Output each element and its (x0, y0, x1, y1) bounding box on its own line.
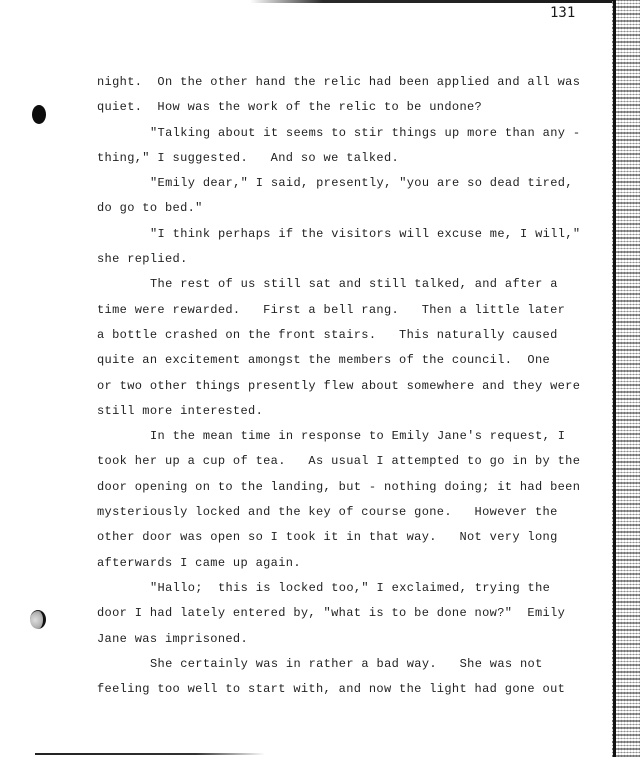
text-line: In the mean time in response to Emily Ja… (97, 424, 597, 449)
text-line: or two other things presently flew about… (97, 374, 597, 399)
text-line: quite an excitement amongst the members … (97, 348, 597, 373)
text-line: she replied. (97, 247, 597, 272)
right-border-line (613, 0, 616, 757)
text-line: thing," I suggested. And so we talked. (97, 146, 597, 171)
text-line: "Emily dear," I said, presently, "you ar… (97, 171, 597, 196)
text-line: other door was open so I took it in that… (97, 525, 597, 550)
text-line: time were rewarded. First a bell rang. T… (97, 298, 597, 323)
text-line: "Hallo; this is locked too," I exclaimed… (97, 576, 597, 601)
punch-hole-icon (32, 105, 46, 124)
text-line: The rest of us still sat and still talke… (97, 272, 597, 297)
document-page: 131 night. On the other hand the relic h… (0, 0, 640, 757)
text-line: night. On the other hand the relic had b… (97, 70, 597, 95)
text-line: She certainly was in rather a bad way. S… (97, 652, 597, 677)
text-line: a bottle crashed on the front stairs. Th… (97, 323, 597, 348)
text-line: door opening on to the landing, but - no… (97, 475, 597, 500)
page-number: 131 (550, 5, 575, 21)
text-line: took her up a cup of tea. As usual I att… (97, 449, 597, 474)
text-line: Jane was imprisoned. (97, 627, 597, 652)
text-line: do go to bed." (97, 196, 597, 221)
right-scan-edge (612, 0, 640, 757)
text-line: afterwards I came up again. (97, 551, 597, 576)
text-line: feeling too well to start with, and now … (97, 677, 597, 702)
typewritten-body: night. On the other hand the relic had b… (97, 70, 597, 702)
punch-hole-icon (30, 610, 46, 629)
bottom-border-line (35, 753, 265, 755)
text-line: "I think perhaps if the visitors will ex… (97, 222, 597, 247)
text-line: door I had lately entered by, "what is t… (97, 601, 597, 626)
text-line: still more interested. (97, 399, 597, 424)
top-border-line (250, 0, 615, 3)
text-line: "Talking about it seems to stir things u… (97, 121, 597, 146)
text-line: quiet. How was the work of the relic to … (97, 95, 597, 120)
text-line: mysteriously locked and the key of cours… (97, 500, 597, 525)
